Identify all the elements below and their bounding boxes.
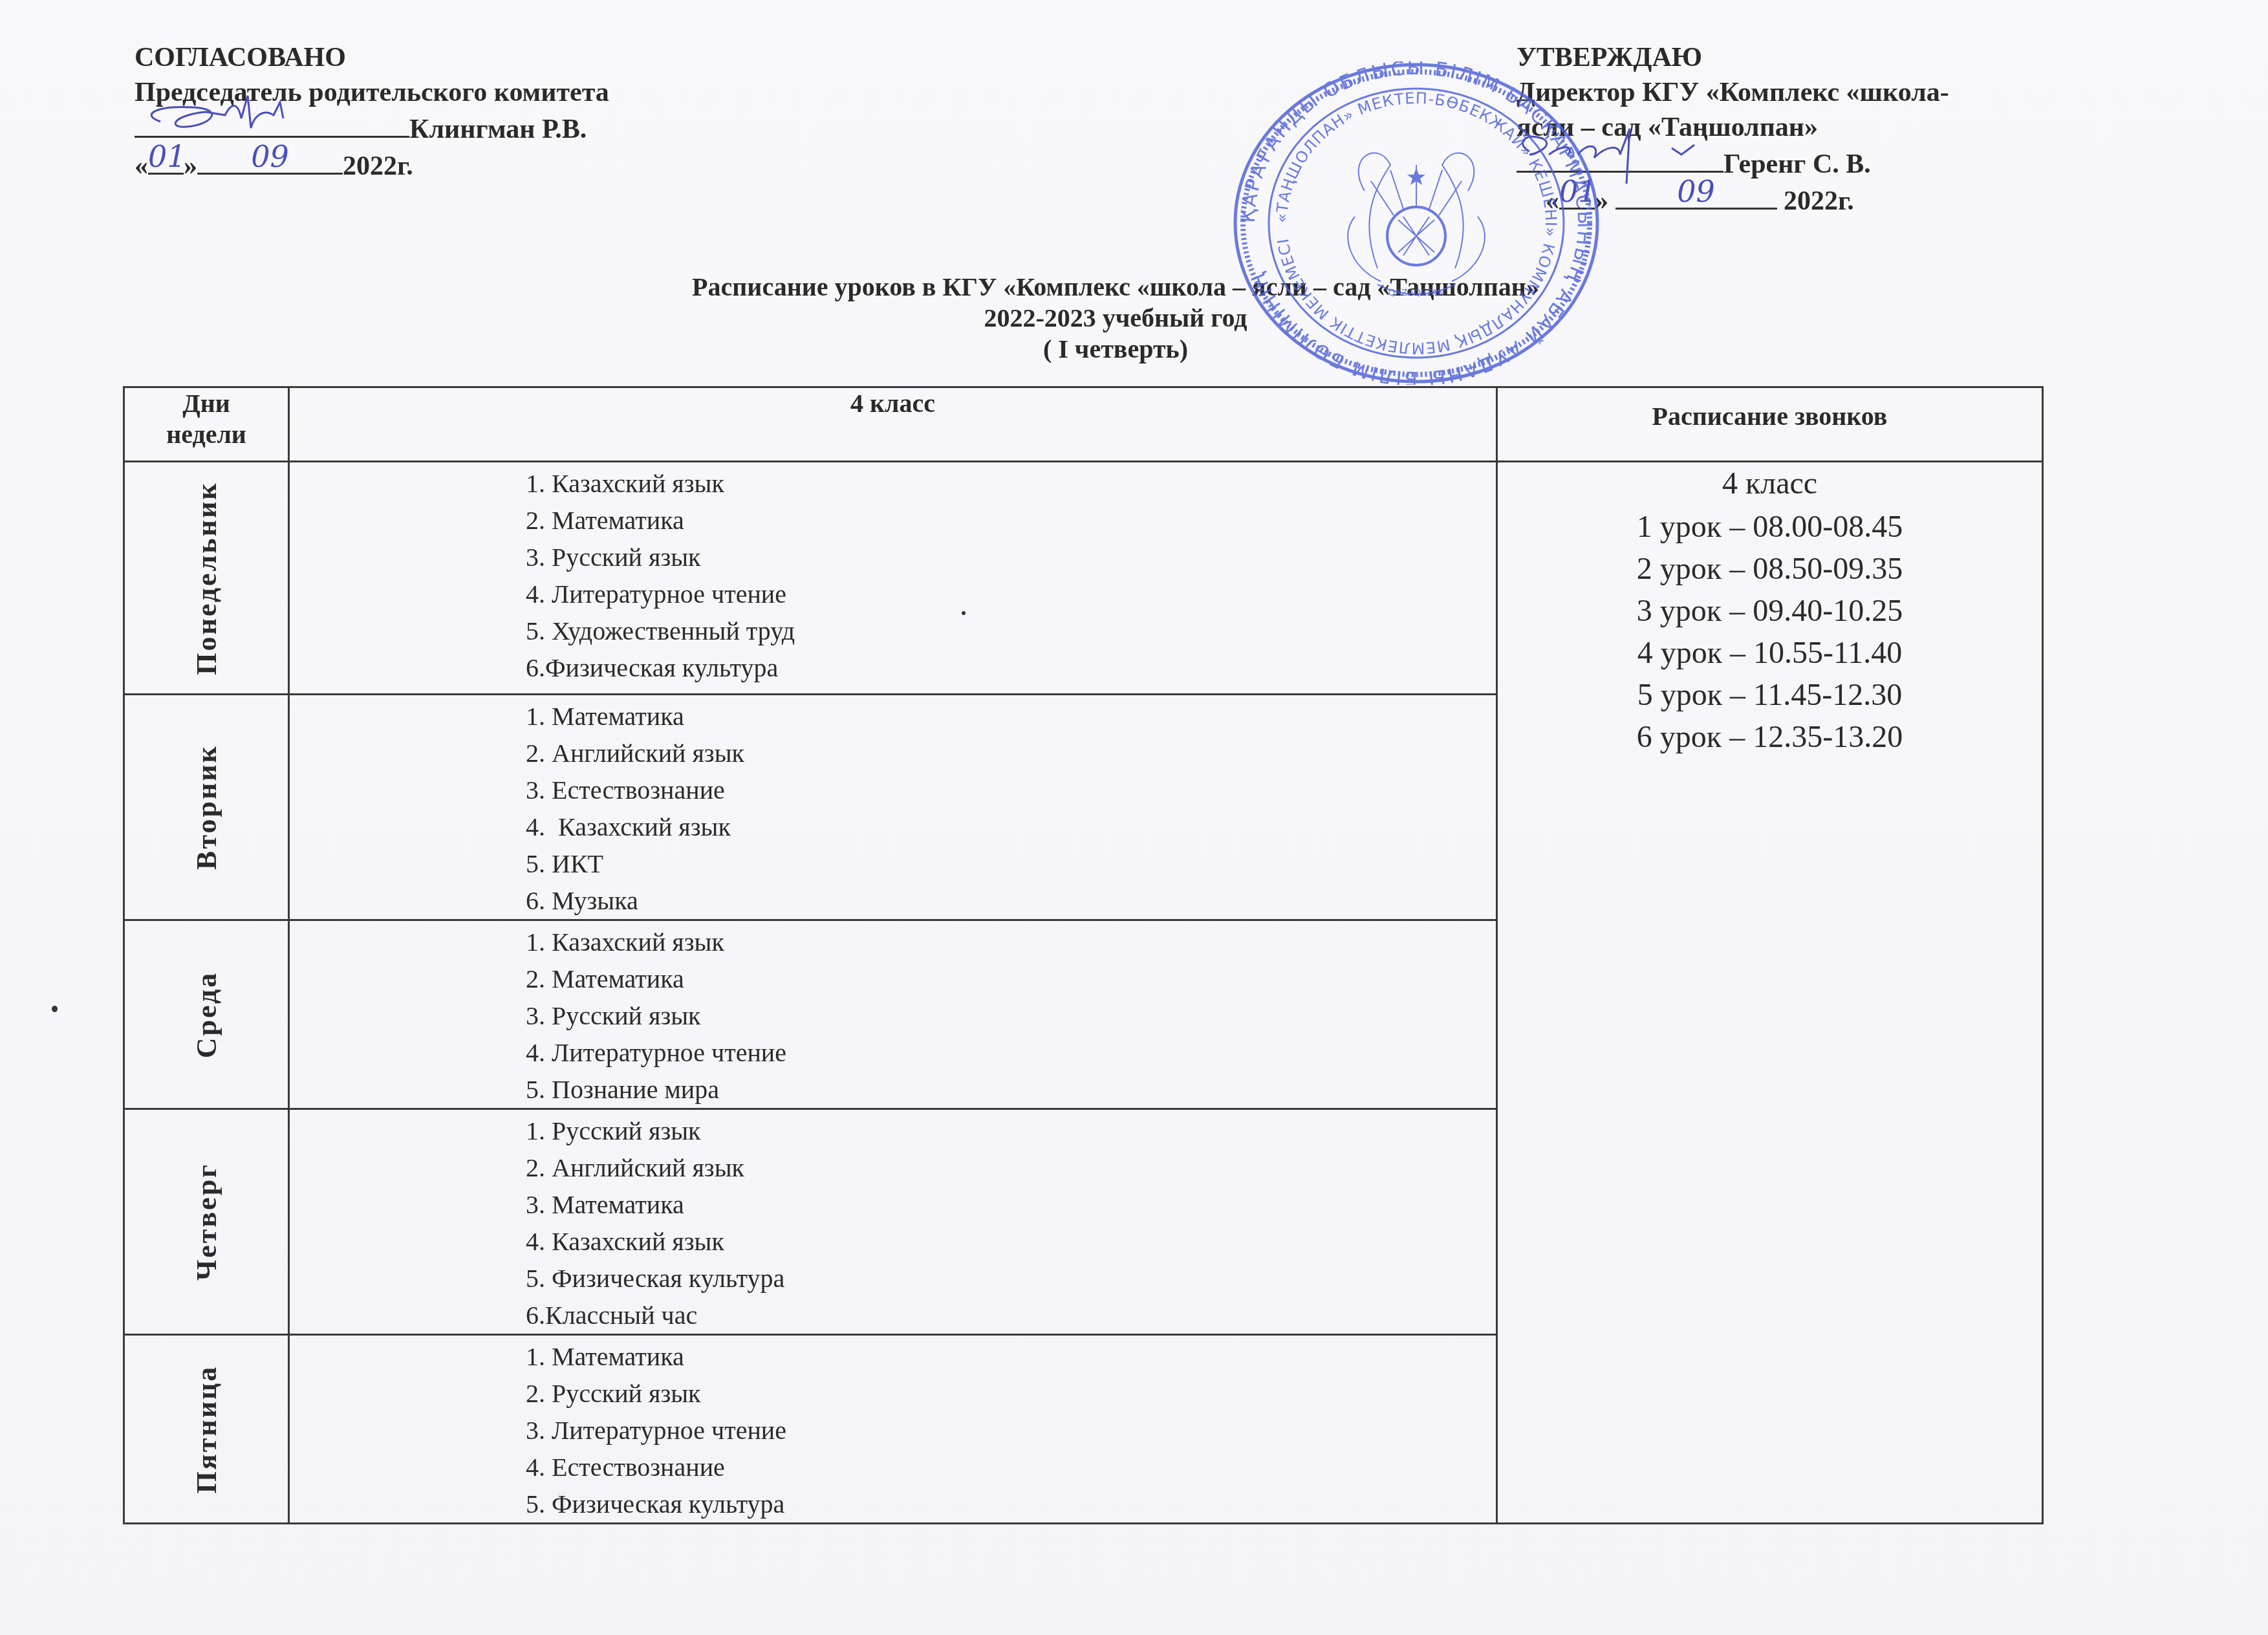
- header-days: Дни недели: [124, 387, 289, 462]
- bells-class: 4 класс: [1498, 462, 2042, 504]
- bell-slot: 1 урок – 08.00-08.45: [1498, 506, 2042, 548]
- day-cell: Вторник: [124, 695, 289, 920]
- approved-heading: УТВЕРЖДАЮ: [1517, 40, 1949, 75]
- bells-cell: 4 класс 1 урок – 08.00-08.45 2 урок – 08…: [1497, 462, 2043, 1524]
- approved-block: УТВЕРЖДАЮ Директор КГУ «Комплекс «школа-…: [1517, 40, 1949, 219]
- approved-day: 01: [1559, 174, 1595, 209]
- approved-position-1: Директор КГУ «Комплекс «школа-: [1517, 75, 1949, 110]
- lesson-item: 5. Познание мира: [526, 1071, 1496, 1108]
- day-cell: Понедельник: [124, 462, 289, 695]
- lesson-item: 1. Математика: [526, 698, 1496, 735]
- lesson-item: 2. Математика: [526, 960, 1496, 997]
- day-field: 01: [1559, 182, 1595, 210]
- lesson-item: 2. Английский язык: [526, 735, 1496, 772]
- day-cell: Четверг: [124, 1109, 289, 1335]
- bell-slot: 4 урок – 10.55-11.40: [1498, 632, 2042, 674]
- header-bells: Расписание звонков: [1497, 387, 2043, 462]
- bell-slot: 2 урок – 08.50-09.35: [1498, 548, 2042, 590]
- agreed-block: СОГЛАСОВАНО Председатель родительского к…: [135, 40, 609, 184]
- agreed-month: 09: [197, 139, 343, 174]
- lesson-item: 2. Английский язык: [526, 1149, 1496, 1186]
- lesson-item: 2. Математика: [526, 502, 1496, 539]
- lesson-item: 5. Физическая культура: [526, 1486, 1496, 1522]
- agreed-year: 2022г.: [343, 151, 413, 181]
- scan-speck: [962, 611, 966, 615]
- lesson-item: 4. Казахский язык: [526, 808, 1496, 845]
- lesson-item: 4. Литературное чтение: [526, 1034, 1496, 1071]
- day-label: Четверг: [190, 1163, 223, 1281]
- title-line-2: 2022-2023 учебный год: [0, 303, 2231, 334]
- lesson-item: 4. Естествознание: [526, 1449, 1496, 1486]
- day-field: 01: [148, 147, 184, 175]
- lesson-item: 6.Классный час: [526, 1297, 1496, 1334]
- bell-slot: 5 урок – 11.45-12.30: [1498, 674, 2042, 716]
- day-cell: Среда: [124, 920, 289, 1109]
- signature-field: [1517, 145, 1723, 173]
- signature-field: [135, 110, 409, 138]
- approved-year: 2022г.: [1784, 186, 1854, 216]
- lesson-item: 3. Русский язык: [526, 539, 1496, 576]
- lesson-item: 4. Литературное чтение: [526, 576, 1496, 612]
- day-label: Среда: [190, 971, 223, 1057]
- day-label: Вторник: [190, 744, 223, 870]
- header-days-line-2: недели: [125, 419, 288, 450]
- lessons-cell: 1. Математика 2. Английский язык 3. Есте…: [289, 695, 1497, 920]
- scan-speck: [52, 1006, 58, 1012]
- bell-slot: 3 урок – 09.40-10.25: [1498, 590, 2042, 632]
- lesson-item: 1. Математика: [526, 1338, 1496, 1375]
- document-page: СОГЛАСОВАНО Председатель родительского к…: [0, 0, 2268, 1635]
- agreed-name: Клингман Р.В.: [409, 114, 587, 144]
- day-cell: Пятница: [124, 1335, 289, 1524]
- quote-open: «: [135, 151, 148, 181]
- agreed-date: «01»092022г.: [135, 147, 609, 184]
- lessons-cell: 1. Русский язык 2. Английский язык 3. Ма…: [289, 1109, 1497, 1335]
- agreed-day: 01: [148, 139, 184, 174]
- lesson-item: 6.Физическая культура: [526, 649, 1496, 686]
- lessons-cell: 1. Казахский язык 2. Математика 3. Русск…: [289, 920, 1497, 1109]
- lesson-item: 5. Физическая культура: [526, 1260, 1496, 1297]
- lesson-item: 3. Русский язык: [526, 997, 1496, 1034]
- lesson-item: 3. Литературное чтение: [526, 1412, 1496, 1449]
- day-label: Пятница: [190, 1365, 223, 1493]
- lesson-item: 1. Казахский язык: [526, 924, 1496, 960]
- title-line-3: ( I четверть): [0, 334, 2231, 365]
- lesson-item: 2. Русский язык: [526, 1375, 1496, 1412]
- table-row: Понедельник 1. Казахский язык 2. Математ…: [124, 462, 2043, 695]
- approved-month: 09: [1615, 174, 1777, 209]
- lesson-item: 5. ИКТ: [526, 845, 1496, 882]
- lessons-cell: 1. Математика 2. Русский язык 3. Литерат…: [289, 1335, 1497, 1524]
- header-days-line-1: Дни: [125, 388, 288, 419]
- quote-open: «: [1546, 186, 1559, 216]
- agreed-heading: СОГЛАСОВАНО: [135, 40, 609, 75]
- lessons-cell: 1. Казахский язык 2. Математика 3. Русск…: [289, 462, 1497, 695]
- month-field: 09: [1615, 182, 1777, 210]
- lesson-item: 5. Художественный труд: [526, 612, 1496, 649]
- schedule-table: Дни недели 4 класс Расписание звонков По…: [123, 386, 2044, 1524]
- lesson-item: 4. Казахский язык: [526, 1223, 1496, 1260]
- month-field: 09: [197, 147, 343, 175]
- day-label: Понедельник: [190, 481, 223, 675]
- lesson-item: 3. Математика: [526, 1186, 1496, 1223]
- table-header-row: Дни недели 4 класс Расписание звонков: [124, 387, 2043, 462]
- header-bells-label: Расписание звонков: [1498, 388, 2042, 432]
- lesson-item: 1. Казахский язык: [526, 465, 1496, 502]
- lesson-item: 3. Естествознание: [526, 772, 1496, 808]
- header-class: 4 класс: [289, 387, 1497, 462]
- bell-slot: 6 урок – 12.35-13.20: [1498, 716, 2042, 758]
- lesson-item: 6. Музыка: [526, 882, 1496, 919]
- approved-date: «01» 09 2022г.: [1517, 182, 1949, 219]
- document-title: Расписание уроков в КГУ «Комплекс «школа…: [0, 272, 2231, 365]
- title-line-1: Расписание уроков в КГУ «Комплекс «школа…: [0, 272, 2231, 303]
- lesson-item: 1. Русский язык: [526, 1112, 1496, 1149]
